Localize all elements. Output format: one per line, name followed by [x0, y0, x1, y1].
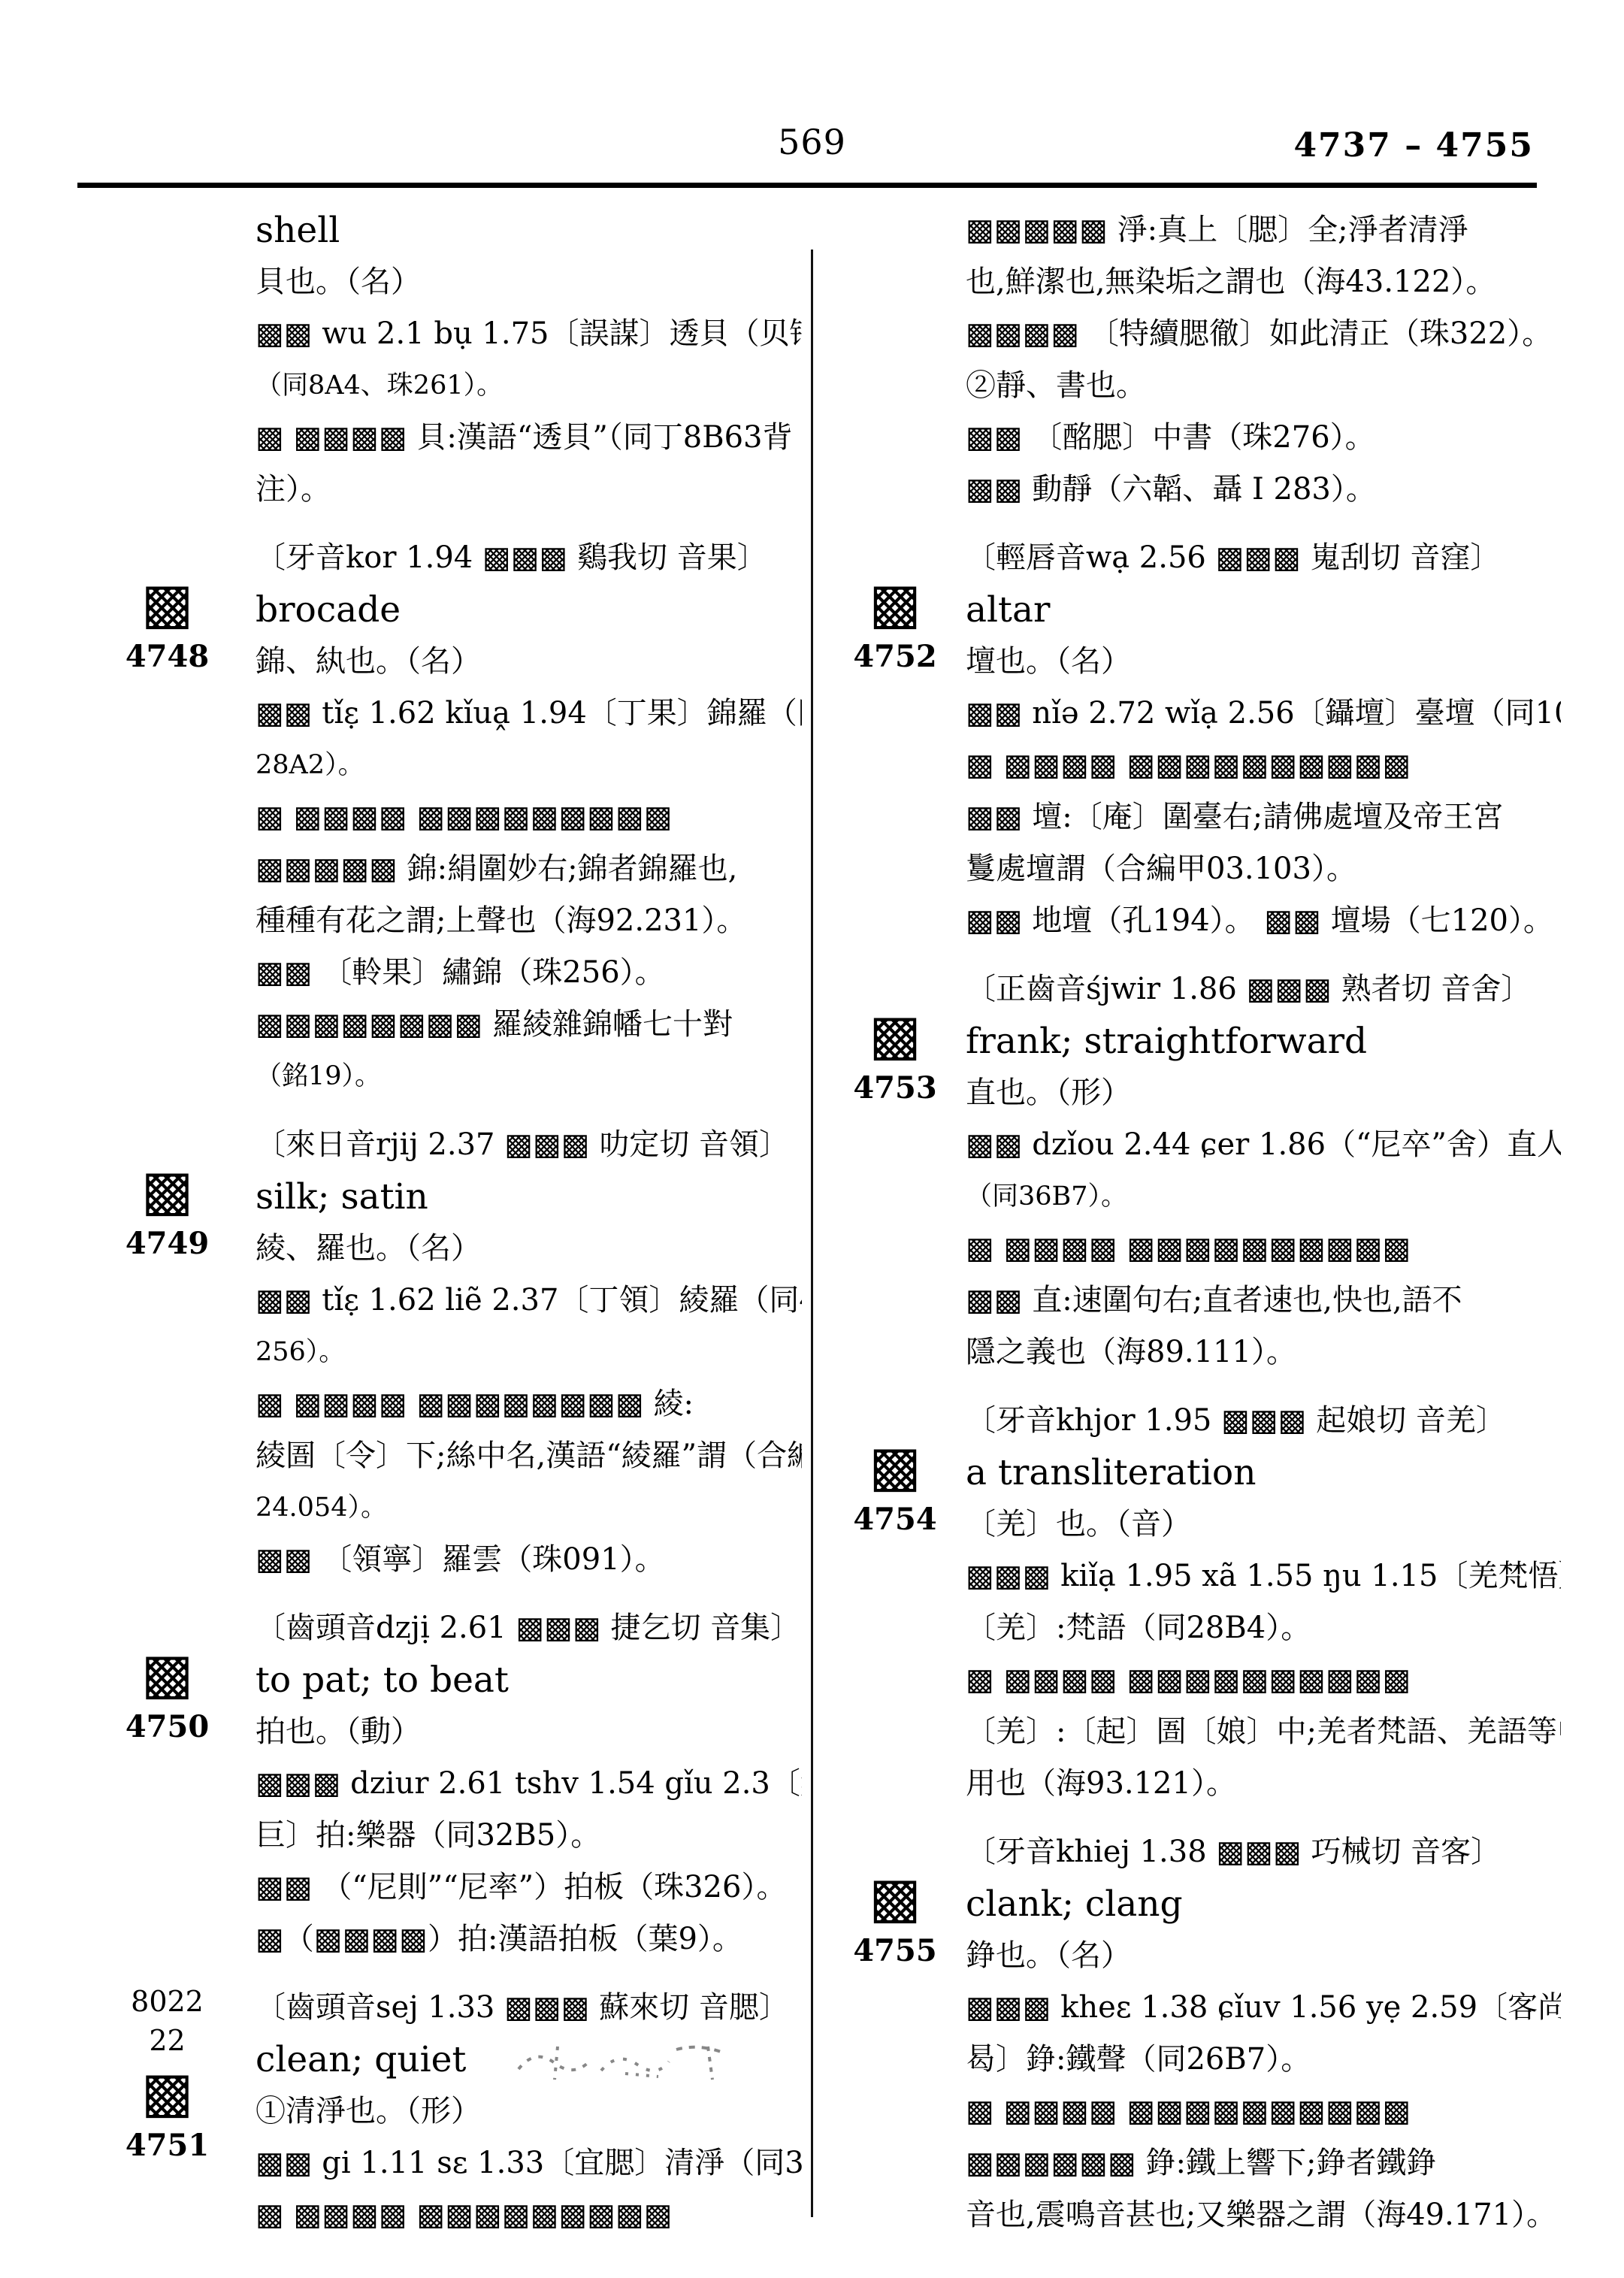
- entry-line: ▩▩ gi 1.11 sɛ 1.33〔宜腮〕清淨（同31B2）。: [256, 2137, 802, 2189]
- entry-line: 拍也。（動）: [256, 1706, 802, 1758]
- dictionary-entry: ▩ 4750 〔齒頭音dzjị 2.61 ▩▩▩ 捷乞切 音集〕 to pat;…: [79, 1602, 802, 1965]
- column-divider: [811, 250, 813, 2217]
- phonetic-line: 〔牙音kor 1.94 ▩▩▩ 鷄我切 音果〕: [256, 532, 802, 584]
- entry-line: 也,鮮潔也,無染垢之謂也（海43.122）。: [966, 256, 1561, 308]
- entry-line: 〔羌〕:梵語（同28B4）。: [966, 1602, 1561, 1654]
- entry-number: 4748: [79, 639, 256, 674]
- entry-line: 錦、紈也。（名）: [256, 636, 802, 688]
- entry-line: 〔羌〕:〔起〕圄〔娘〕中;羌者梵語、羌語等中: [966, 1706, 1561, 1758]
- entry-number: 4754: [824, 1502, 966, 1537]
- dictionary-entry: ▩ 4753 〔正齒音śjwir 1.86 ▩▩▩ 熟者切 音舍〕 frank;…: [824, 964, 1561, 1378]
- cross-ref-number: 8022: [79, 1982, 256, 2021]
- entry-line: ▩▩ 〔領寧〕羅雲（珠091）。: [256, 1534, 802, 1586]
- tangut-headword-glyph: ▩: [824, 1865, 966, 1930]
- dictionary-entry: shell 貝也。（名） ▩▩ wu 2.1 bụ 1.75〔誤謀〕透貝（贝锦）…: [79, 204, 802, 516]
- english-gloss: brocade: [256, 584, 802, 636]
- dictionary-entry: ▩ 4749 〔來日音rjij 2.37 ▩▩▩ 叻定切 音領〕 silk; s…: [79, 1119, 802, 1586]
- entry-line: （同36B7）。: [966, 1171, 1561, 1223]
- entry-line: ▩ ▩▩▩▩ ▩▩▩▩▩▩▩▩▩▩: [966, 1654, 1561, 1706]
- entry-line: ▩▩ 〔酩腮〕中書（珠276）。: [966, 412, 1561, 464]
- tangut-headword-glyph: ▩: [824, 1003, 966, 1067]
- entry-line: （銘19）。: [256, 1051, 802, 1103]
- entry-line: ▩▩▩▩▩ 淨:真上〔腮〕全;淨者清淨: [966, 204, 1561, 256]
- entry-line: ▩▩▩ dziur 2.61 tshv 1.54 gǐu 2.3〔集勿: [256, 1758, 802, 1810]
- entry-range: 4737 – 4755: [1293, 126, 1534, 165]
- english-gloss: shell: [256, 204, 802, 256]
- entry-margin: [79, 204, 256, 516]
- entry-number: 4751: [79, 2128, 256, 2163]
- entry-line: 直也。（形）: [966, 1067, 1561, 1119]
- tangut-headword-glyph: ▩: [79, 1641, 256, 1706]
- entry-margin: [824, 204, 966, 516]
- entry-line: ▩▩ 動靜（六韜、聶 I 283）。: [966, 464, 1561, 516]
- entry-line: 綾圄〔令〕下;絲中名,漢語“綾羅”謂（合編甲: [256, 1430, 802, 1482]
- dictionary-page: 569 4737 – 4755 shell 貝也。（名） ▩▩ wu 2.1 b…: [0, 0, 1624, 2278]
- entry-line: ▩ ▩▩▩▩ ▩▩▩▩▩▩▩▩▩: [256, 2189, 802, 2241]
- phonetic-line: 〔齒頭音dzjị 2.61 ▩▩▩ 捷乞切 音集〕: [256, 1602, 802, 1654]
- entry-line: ▩▩▩▩▩▩▩▩ 羅綾雜錦幡七十對: [256, 999, 802, 1051]
- entry-line: 28A2）。: [256, 740, 802, 791]
- left-column: shell 貝也。（名） ▩▩ wu 2.1 bụ 1.75〔誤謀〕透貝（贝锦）…: [79, 204, 802, 2241]
- entry-margin: ▩ 4748: [79, 532, 256, 1103]
- dictionary-entry: ▩ 4748 〔牙音kor 1.94 ▩▩▩ 鷄我切 音果〕 brocade 錦…: [79, 532, 802, 1103]
- entry-margin: ▩ 4750: [79, 1602, 256, 1965]
- entry-line: 256）。: [256, 1327, 802, 1378]
- entry-line: 壇也。（名）: [966, 636, 1561, 688]
- entry-line: ▩▩ 壇:〔庵〕圍臺右;請佛處壇及帝王宮: [966, 791, 1561, 843]
- english-gloss: silk; satin: [256, 1171, 802, 1223]
- english-gloss: to pat; to beat: [256, 1654, 802, 1706]
- dictionary-entry: ▩ 4754 〔牙音khjor 1.95 ▩▩▩ 起娘切 音羌〕 a trans…: [824, 1395, 1561, 1810]
- entry-line: ▩ ▩▩▩▩ 貝:漢語“透貝”（同丁8B63背: [256, 412, 802, 464]
- entry-line: 注）。: [256, 464, 802, 516]
- right-column: ▩▩▩▩▩ 淨:真上〔腮〕全;淨者清淨 也,鮮潔也,無染垢之謂也（海43.122…: [824, 204, 1561, 2241]
- entry-number: 4755: [824, 1933, 966, 1968]
- entry-line: 用也（海93.121）。: [966, 1758, 1561, 1810]
- entry-line: ▩▩▩ kheɛ 1.38 ɕǐuv 1.56 yẹ 2.59〔客尚: [966, 1982, 1561, 2034]
- phonetic-line: 〔牙音khjor 1.95 ▩▩▩ 起娘切 音羌〕: [966, 1395, 1561, 1447]
- phonetic-line: 〔輕唇音wạ 2.56 ▩▩▩ 嵬刮切 音窪〕: [966, 532, 1561, 584]
- dictionary-entry: ▩ 4755 〔牙音khiej 1.38 ▩▩▩ 巧械切 音客〕 clank; …: [824, 1826, 1561, 2241]
- entry-margin: ▩ 4754: [824, 1395, 966, 1810]
- entry-line: 種種有花之謂;上聲也（海92.231）。: [256, 895, 802, 947]
- english-gloss: clean; quiet: [256, 2034, 802, 2086]
- entry-line: ▩（▩▩▩▩）拍:漢語拍板（葉9）。: [256, 1913, 802, 1965]
- dictionary-entry: ▩▩▩▩▩ 淨:真上〔腮〕全;淨者清淨 也,鮮潔也,無染垢之謂也（海43.122…: [824, 204, 1561, 516]
- entry-line: ▩▩ 〔軨果〕繡錦（珠256）。: [256, 947, 802, 999]
- entry-line: ▩ ▩▩▩▩ ▩▩▩▩▩▩▩▩▩: [256, 791, 802, 843]
- english-gloss: frank; straightforward: [966, 1015, 1561, 1067]
- entry-line: ▩ ▩▩▩▩ ▩▩▩▩▩▩▩▩▩▩: [966, 1223, 1561, 1275]
- entry-line: ▩▩▩▩▩▩ 錚:鐵上響下;錚者鐵錚: [966, 2137, 1561, 2189]
- entry-line: ▩▩ nǐə 2.72 wǐạ 2.56〔鑷壇〕臺壇（同10B1）。: [966, 688, 1561, 740]
- ink-smudge: [511, 2039, 744, 2086]
- header-rule: [77, 183, 1537, 188]
- entry-line: ①清淨也。（形）: [256, 2086, 802, 2137]
- entry-line: ▩▩ wu 2.1 bụ 1.75〔誤謀〕透貝（贝锦）: [256, 308, 802, 360]
- entry-line: ▩▩▩▩▩ 錦:絹圍妙右;錦者錦羅也,: [256, 843, 802, 895]
- entry-line: ▩▩▩▩ 〔特續腮徹〕如此清正（珠322）。: [966, 308, 1561, 360]
- entry-line: 巨〕拍:樂器（同32B5）。: [256, 1810, 802, 1862]
- entry-line: 貝也。（名）: [256, 256, 802, 308]
- entry-line: 隱之義也（海89.111）。: [966, 1327, 1561, 1378]
- entry-line: ▩▩ tǐɛ̣ 1.62 kǐua̭ 1.94〔丁果〕錦羅（同: [256, 688, 802, 740]
- tangut-headword-glyph: ▩: [824, 1434, 966, 1499]
- entry-number: 4750: [79, 1709, 256, 1744]
- entry-line: ②靜、書也。: [966, 360, 1561, 412]
- entry-number: 4753: [824, 1070, 966, 1106]
- entry-line: ▩ ▩▩▩▩ ▩▩▩▩▩▩▩▩▩▩: [966, 740, 1561, 791]
- entry-number: 4752: [824, 639, 966, 674]
- entry-line: 〔羌〕也。（音）: [966, 1499, 1561, 1550]
- entry-line: ▩▩ 直:速圍句右;直者速也,快也,語不: [966, 1275, 1561, 1327]
- entry-line: ▩ ▩▩▩▩ ▩▩▩▩▩▩▩▩▩▩: [966, 2086, 1561, 2137]
- entry-line: ▩▩ 地壇（孔194）。 ▩▩ 壇場（七120）。: [966, 895, 1561, 947]
- phonetic-line: 〔來日音rjij 2.37 ▩▩▩ 叻定切 音領〕: [256, 1119, 802, 1171]
- english-gloss: a transliteration: [966, 1447, 1561, 1499]
- entry-margin: 8022 22 ▩ 4751: [79, 1982, 256, 2241]
- dictionary-entry: 8022 22 ▩ 4751 〔齒頭音sej 1.33 ▩▩▩ 蘇來切 音腮〕 …: [79, 1982, 802, 2241]
- entry-number: 4749: [79, 1226, 256, 1261]
- entry-line: ▩▩▩ kiǐạ 1.95 xã 1.55 ŋu 1.15〔羌梵悟〕: [966, 1550, 1561, 1602]
- tangut-headword-glyph: ▩: [79, 571, 256, 636]
- entry-line: ▩▩ tǐɛ̣ 1.62 liẽ 2.37〔丁領〕綾羅（同47A4、珠: [256, 1275, 802, 1327]
- tangut-headword-glyph: ▩: [79, 1158, 256, 1223]
- entry-line: 錚也。（名）: [966, 1930, 1561, 1982]
- entry-margin: ▩ 4755: [824, 1826, 966, 2241]
- entry-line: ▩ ▩▩▩▩ ▩▩▩▩▩▩▩▩ 綾:: [256, 1378, 802, 1430]
- dictionary-entry: ▩ 4752 〔輕唇音wạ 2.56 ▩▩▩ 嵬刮切 音窪〕 altar 壇也。…: [824, 532, 1561, 947]
- english-gloss: altar: [966, 584, 1561, 636]
- tangut-headword-glyph: ▩: [824, 571, 966, 636]
- tangut-headword-glyph: ▩: [79, 2060, 256, 2125]
- entry-line: 曷〕錚:鐵聲（同26B7）。: [966, 2034, 1561, 2086]
- entry-line: ▩▩ dzǐou 2.44 ɕer 1.86（“尼卒”舍）直人: [966, 1119, 1561, 1171]
- entry-line: ▩▩ （“尼則”“尼率”）拍板（珠326）。: [256, 1862, 802, 1913]
- english-gloss-text: clean; quiet: [256, 2039, 466, 2080]
- entry-margin: ▩ 4749: [79, 1119, 256, 1586]
- entry-line: 綾、羅也。（名）: [256, 1223, 802, 1275]
- entry-margin: ▩ 4753: [824, 964, 966, 1378]
- entry-margin: ▩ 4752: [824, 532, 966, 947]
- phonetic-line: 〔牙音khiej 1.38 ▩▩▩ 巧械切 音客〕: [966, 1826, 1561, 1878]
- phonetic-line: 〔正齒音śjwir 1.86 ▩▩▩ 熟者切 音舍〕: [966, 964, 1561, 1015]
- entry-line: 鬘處壇謂（合編甲03.103）。: [966, 843, 1561, 895]
- cross-ref-subnumber: 22: [79, 2021, 256, 2060]
- entry-line: （同8A4、珠261）。: [256, 360, 802, 412]
- phonetic-line: 〔齒頭音sej 1.33 ▩▩▩ 蘇來切 音腮〕: [256, 1982, 802, 2034]
- english-gloss: clank; clang: [966, 1878, 1561, 1930]
- entry-line: 音也,震鳴音甚也;又樂器之謂（海49.171）。: [966, 2189, 1561, 2241]
- entry-line: 24.054）。: [256, 1482, 802, 1534]
